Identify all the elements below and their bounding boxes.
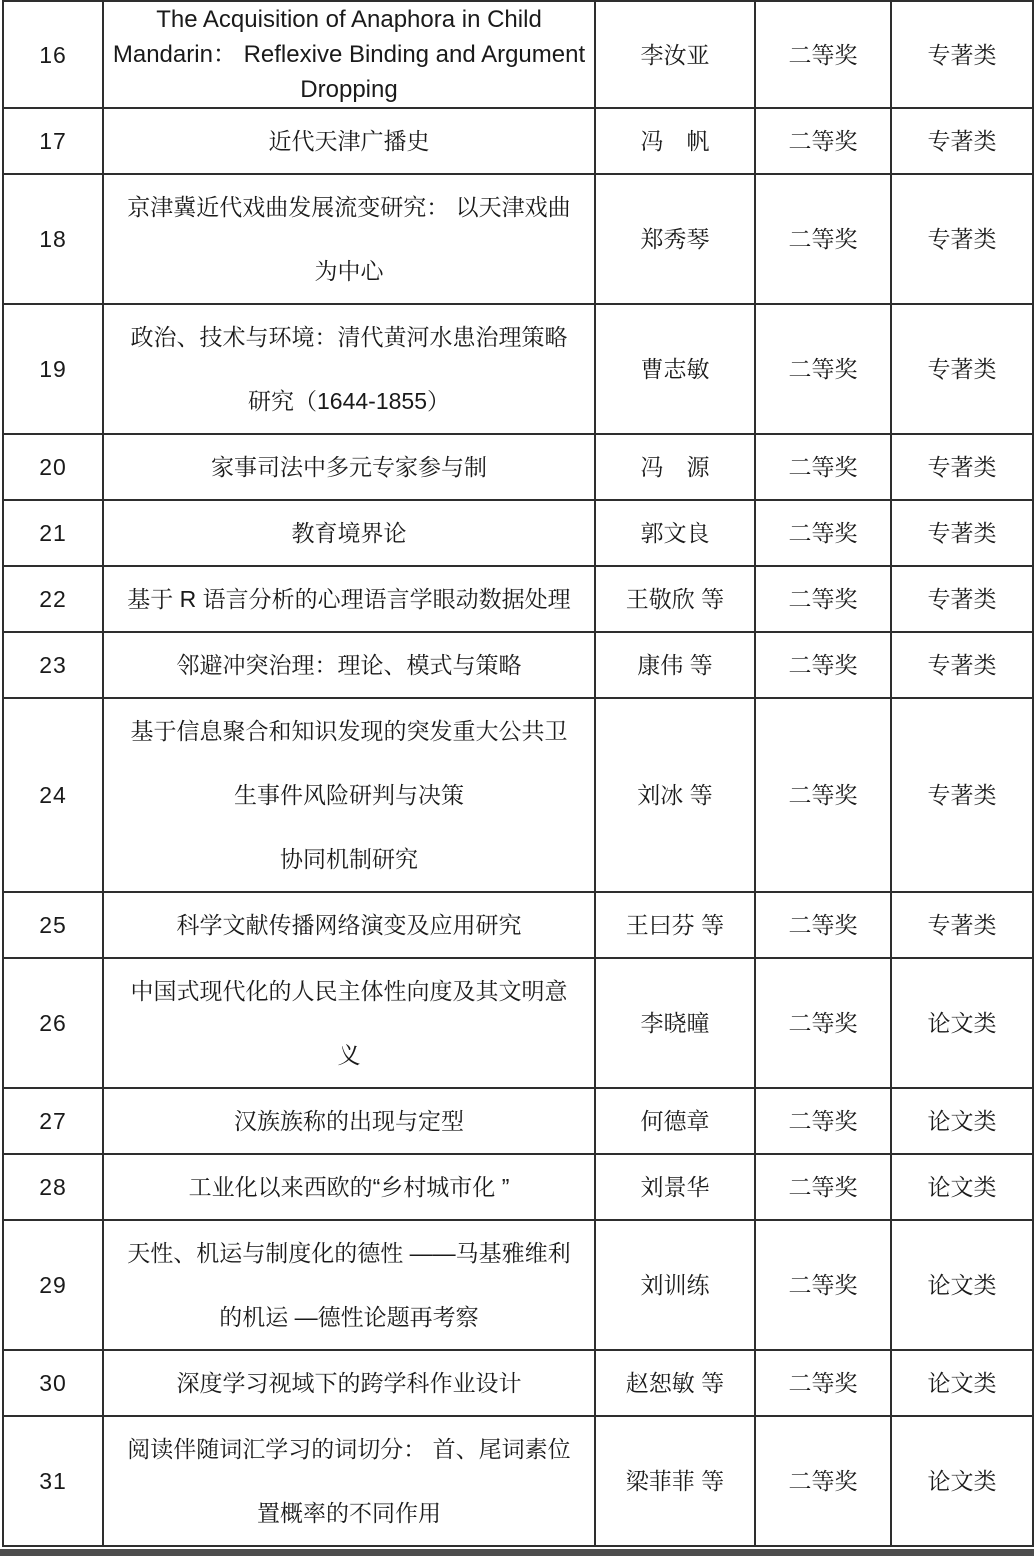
category-cell: 论文类: [891, 1220, 1033, 1350]
author-cell: 郑秀琴: [595, 174, 755, 304]
title-cell: 科学文献传播网络演变及应用研究: [103, 892, 595, 958]
category-cell: 专著类: [891, 698, 1033, 892]
author-cell: 冯 源: [595, 434, 755, 500]
row-number-cell: 24: [3, 698, 103, 892]
table-row: 31 阅读伴随词汇学习的词切分： 首、尾词素位 置概率的不同作用 梁菲菲 等 二…: [3, 1416, 1033, 1546]
category-cell: 专著类: [891, 1, 1033, 108]
award-cell: 二等奖: [755, 1088, 891, 1154]
table-row: 18 京津冀近代戏曲发展流变研究： 以天津戏曲 为中心 郑秀琴 二等奖 专著类: [3, 174, 1033, 304]
author-cell: 刘训练: [595, 1220, 755, 1350]
category-cell: 专著类: [891, 892, 1033, 958]
title-cell: 基于信息聚合和知识发现的突发重大公共卫 生事件风险研判与决策 协同机制研究: [103, 698, 595, 892]
row-number-cell: 22: [3, 566, 103, 632]
category-cell: 论文类: [891, 1350, 1033, 1416]
category-cell: 专著类: [891, 566, 1033, 632]
table-row: 21 教育境界论 郭文良 二等奖 专著类: [3, 500, 1033, 566]
author-cell: 李晓曈: [595, 958, 755, 1088]
title-cell: 阅读伴随词汇学习的词切分： 首、尾词素位 置概率的不同作用: [103, 1416, 595, 1546]
table-row: 24 基于信息聚合和知识发现的突发重大公共卫 生事件风险研判与决策 协同机制研究…: [3, 698, 1033, 892]
award-cell: 二等奖: [755, 108, 891, 174]
row-number-cell: 16: [3, 1, 103, 108]
row-number-cell: 30: [3, 1350, 103, 1416]
category-cell: 论文类: [891, 1088, 1033, 1154]
author-cell: 郭文良: [595, 500, 755, 566]
title-cell: 教育境界论: [103, 500, 595, 566]
row-number-cell: 19: [3, 304, 103, 434]
author-cell: 李汝亚: [595, 1, 755, 108]
award-cell: 二等奖: [755, 1350, 891, 1416]
award-cell: 二等奖: [755, 1416, 891, 1546]
row-number-cell: 23: [3, 632, 103, 698]
award-cell: 二等奖: [755, 632, 891, 698]
category-cell: 专著类: [891, 500, 1033, 566]
row-number-cell: 21: [3, 500, 103, 566]
award-cell: 二等奖: [755, 1, 891, 108]
award-cell: 二等奖: [755, 174, 891, 304]
document-page: 16 The Acquisition of Anaphora in Child …: [0, 0, 1034, 1556]
table-row: 23 邻避冲突治理：理论、模式与策略 康伟 等 二等奖 专著类: [3, 632, 1033, 698]
award-cell: 二等奖: [755, 958, 891, 1088]
row-number-cell: 17: [3, 108, 103, 174]
row-number-cell: 31: [3, 1416, 103, 1546]
table-row: 25 科学文献传播网络演变及应用研究 王曰芬 等 二等奖 专著类: [3, 892, 1033, 958]
award-cell: 二等奖: [755, 698, 891, 892]
table-row: 16 The Acquisition of Anaphora in Child …: [3, 1, 1033, 108]
author-cell: 王敬欣 等: [595, 566, 755, 632]
award-cell: 二等奖: [755, 304, 891, 434]
table-row: 22 基于 R 语言分析的心理语言学眼动数据处理 王敬欣 等 二等奖 专著类: [3, 566, 1033, 632]
title-cell: 近代天津广播史: [103, 108, 595, 174]
table-row: 20 家事司法中多元专家参与制 冯 源 二等奖 专著类: [3, 434, 1033, 500]
award-cell: 二等奖: [755, 892, 891, 958]
row-number-cell: 27: [3, 1088, 103, 1154]
title-cell: 中国式现代化的人民主体性向度及其文明意 义: [103, 958, 595, 1088]
row-number-cell: 20: [3, 434, 103, 500]
table-row: 17 近代天津广播史 冯 帆 二等奖 专著类: [3, 108, 1033, 174]
title-cell: 基于 R 语言分析的心理语言学眼动数据处理: [103, 566, 595, 632]
author-cell: 王曰芬 等: [595, 892, 755, 958]
author-cell: 冯 帆: [595, 108, 755, 174]
table-row: 19 政治、技术与环境：清代黄河水患治理策略 研究（1644-1855） 曹志敏…: [3, 304, 1033, 434]
table-row: 30 深度学习视域下的跨学科作业设计 赵恕敏 等 二等奖 论文类: [3, 1350, 1033, 1416]
award-cell: 二等奖: [755, 434, 891, 500]
row-number-cell: 18: [3, 174, 103, 304]
title-cell: The Acquisition of Anaphora in Child Man…: [103, 1, 595, 108]
category-cell: 专著类: [891, 304, 1033, 434]
page-bottom-edge: [0, 1549, 1034, 1556]
category-cell: 论文类: [891, 1416, 1033, 1546]
category-cell: 专著类: [891, 434, 1033, 500]
title-cell: 汉族族称的出现与定型: [103, 1088, 595, 1154]
title-cell: 政治、技术与环境：清代黄河水患治理策略 研究（1644-1855）: [103, 304, 595, 434]
row-number-cell: 25: [3, 892, 103, 958]
title-cell: 家事司法中多元专家参与制: [103, 434, 595, 500]
award-cell: 二等奖: [755, 566, 891, 632]
author-cell: 曹志敏: [595, 304, 755, 434]
award-cell: 二等奖: [755, 1220, 891, 1350]
category-cell: 论文类: [891, 1154, 1033, 1220]
category-cell: 专著类: [891, 632, 1033, 698]
row-number-cell: 29: [3, 1220, 103, 1350]
author-cell: 梁菲菲 等: [595, 1416, 755, 1546]
awards-table: 16 The Acquisition of Anaphora in Child …: [2, 0, 1034, 1547]
table-row: 26 中国式现代化的人民主体性向度及其文明意 义 李晓曈 二等奖 论文类: [3, 958, 1033, 1088]
title-cell: 京津冀近代戏曲发展流变研究： 以天津戏曲 为中心: [103, 174, 595, 304]
author-cell: 赵恕敏 等: [595, 1350, 755, 1416]
category-cell: 专著类: [891, 108, 1033, 174]
title-cell: 深度学习视域下的跨学科作业设计: [103, 1350, 595, 1416]
table-row: 27 汉族族称的出现与定型 何德章 二等奖 论文类: [3, 1088, 1033, 1154]
author-cell: 刘景华: [595, 1154, 755, 1220]
title-cell: 邻避冲突治理：理论、模式与策略: [103, 632, 595, 698]
table-row: 29 天性、机运与制度化的德性 ——马基雅维利 的机运 —德性论题再考察 刘训练…: [3, 1220, 1033, 1350]
author-cell: 康伟 等: [595, 632, 755, 698]
row-number-cell: 26: [3, 958, 103, 1088]
author-cell: 刘冰 等: [595, 698, 755, 892]
title-cell: 天性、机运与制度化的德性 ——马基雅维利 的机运 —德性论题再考察: [103, 1220, 595, 1350]
award-cell: 二等奖: [755, 1154, 891, 1220]
award-cell: 二等奖: [755, 500, 891, 566]
row-number-cell: 28: [3, 1154, 103, 1220]
category-cell: 论文类: [891, 958, 1033, 1088]
title-cell: 工业化以来西欧的“乡村城市化 ”: [103, 1154, 595, 1220]
author-cell: 何德章: [595, 1088, 755, 1154]
category-cell: 专著类: [891, 174, 1033, 304]
table-row: 28 工业化以来西欧的“乡村城市化 ” 刘景华 二等奖 论文类: [3, 1154, 1033, 1220]
